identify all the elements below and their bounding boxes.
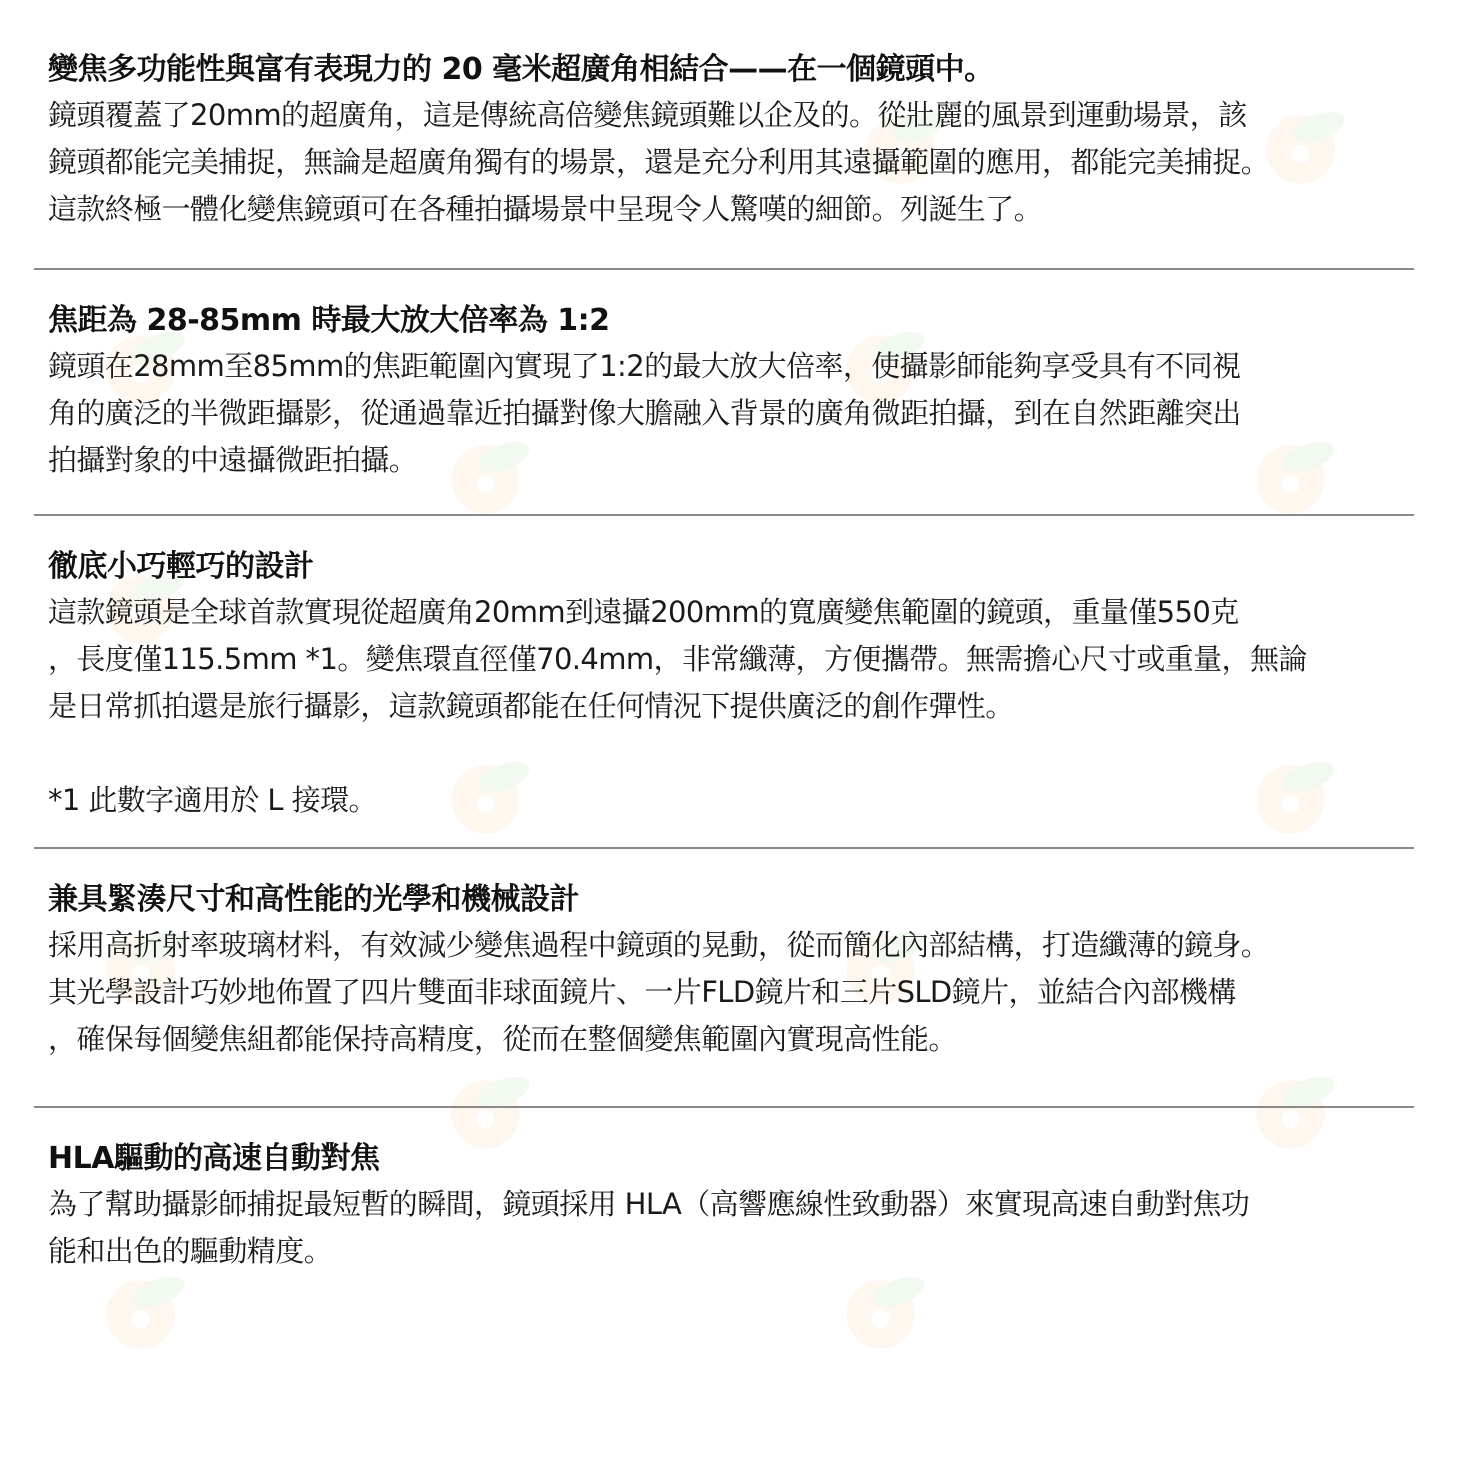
section-body-line: 角的廣泛的半微距攝影，從通過靠近拍攝對像大膽融入背景的廣角微距拍攝，到在自然距離… xyxy=(48,390,1400,437)
section-body-line: 採用高折射率玻璃材料，有效減少變焦過程中鏡頭的晃動，從而簡化內部結構，打造纖薄的… xyxy=(48,922,1400,969)
section-title: HLA驅動的高速自動對焦 xyxy=(48,1137,1400,1181)
section-body-line: 鏡頭在28mm至85mm的焦距範圍內實現了1:2的最大放大倍率，使攝影師能夠享受… xyxy=(48,343,1400,390)
section-body-line: 為了幫助攝影師捕捉最短暫的瞬間，鏡頭採用 HLA（高響應線性致動器）來實現高速自… xyxy=(48,1181,1400,1228)
section-body-line: 能和出色的驅動精度。 xyxy=(48,1228,1400,1275)
section-title: 焦距為 28-85mm 時最大放大倍率為 1:2 xyxy=(48,299,1400,343)
section-title: 徹底小巧輕巧的設計 xyxy=(48,545,1400,589)
footnote: *1 此數字適用於 L 接環。 xyxy=(48,777,1400,824)
section-title: 兼具緊湊尺寸和高性能的光學和機械設計 xyxy=(48,878,1400,922)
section-body-line: 是日常抓拍還是旅行攝影，這款鏡頭都能在任何情況下提供廣泛的創作彈性。 xyxy=(48,683,1400,730)
watermark-logo-icon xyxy=(840,1265,930,1355)
section-body-line: 拍攝對象的中遠攝微距拍攝。 xyxy=(48,437,1400,484)
section-body-line: 這款鏡頭是全球首款實現從超廣角20mm到遠攝200mm的寬廣變焦範圍的鏡頭，重量… xyxy=(48,589,1400,636)
section-macro-magnification: 焦距為 28-85mm 時最大放大倍率為 1:2 鏡頭在28mm至85mm的焦距… xyxy=(34,270,1414,484)
section-body-line: 鏡頭都能完美捕捉，無論是超廣角獨有的場景，還是充分利用其遠攝範圍的應用，都能完美… xyxy=(48,139,1400,186)
section-zoom-versatility: 變焦多功能性與富有表現力的 20 毫米超廣角相結合——在一個鏡頭中。 鏡頭覆蓋了… xyxy=(34,48,1414,268)
section-body-line: ，長度僅115.5mm *1。變焦環直徑僅70.4mm，非常纖薄，方便攜帶。無需… xyxy=(48,636,1400,683)
section-body-line: 這款終極一體化變焦鏡頭可在各種拍攝場景中呈現令人驚嘆的細節。列誕生了。 xyxy=(48,186,1400,233)
watermark-logo-icon xyxy=(100,1265,190,1355)
section-body-line: 其光學設計巧妙地佈置了四片雙面非球面鏡片、一片FLD鏡片和三片SLD鏡片，並結合… xyxy=(48,969,1400,1016)
section-body-line: ，確保每個變焦組都能保持高精度，從而在整個變焦範圍內實現高性能。 xyxy=(48,1016,1400,1063)
section-body-line: 鏡頭覆蓋了20mm的超廣角，這是傳統高倍變焦鏡頭難以企及的。從壯麗的風景到運動場… xyxy=(48,92,1400,139)
section-optical-mechanical-design: 兼具緊湊尺寸和高性能的光學和機械設計 採用高折射率玻璃材料，有效減少變焦過程中鏡… xyxy=(34,849,1414,1077)
feature-document: 變焦多功能性與富有表現力的 20 毫米超廣角相結合——在一個鏡頭中。 鏡頭覆蓋了… xyxy=(34,48,1414,1275)
section-title: 變焦多功能性與富有表現力的 20 毫米超廣角相結合——在一個鏡頭中。 xyxy=(48,48,1400,92)
section-compact-design: 徹底小巧輕巧的設計 這款鏡頭是全球首款實現從超廣角20mm到遠攝200mm的寬廣… xyxy=(34,516,1414,816)
section-hla-autofocus: HLA驅動的高速自動對焦 為了幫助攝影師捕捉最短暫的瞬間，鏡頭採用 HLA（高響… xyxy=(34,1108,1414,1275)
